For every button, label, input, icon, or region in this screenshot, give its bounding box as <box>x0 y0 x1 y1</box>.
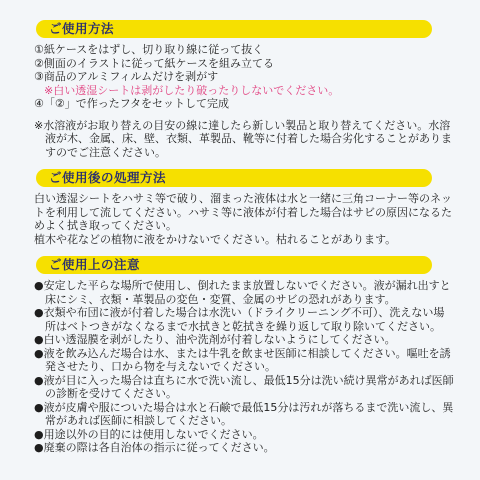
caution-item-1: ●安定した平らな場所で使用し、倒れたまま放置しないでください。液が漏れ出すと床に… <box>34 279 454 306</box>
section-cautions-header: ご使用上の注意 <box>36 256 432 274</box>
replace-note: ※水溶液がお取り替えの目安の線に達したら新しい製品と取り替えてください。水溶液が… <box>34 119 454 160</box>
section-usage-header: ご使用方法 <box>36 20 432 38</box>
usage-steps: ①紙ケースをはずし、切り取り線に従って抜く ②側面のイラストに従って紙ケースを組… <box>34 43 454 111</box>
caution-item-2: ●衣類や布団に液が付着した場合は水洗い（ドライクリーニング不可）、洗えない場所は… <box>34 306 454 333</box>
label-content: ご使用方法 ①紙ケースをはずし、切り取り線に従って抜く ②側面のイラストに従って… <box>0 0 480 455</box>
usage-step-2: ②側面のイラストに従って紙ケースを組み立てる <box>34 57 454 71</box>
usage-step-1: ①紙ケースをはずし、切り取り線に従って抜く <box>34 43 454 57</box>
section-disposal-header: ご使用後の処理方法 <box>36 169 432 187</box>
usage-step-4: ④「②」で作ったフタをセットして完成 <box>34 97 454 111</box>
section-usage: ご使用方法 ①紙ケースをはずし、切り取り線に従って抜く ②側面のイラストに従って… <box>34 20 454 159</box>
disposal-paragraph-2: 植木や花などの植物に液をかけないでください。枯れることがあります。 <box>34 233 454 247</box>
caution-item-6: ●液が皮膚や服についた場合は水と石鹸で最低15分は汚れが落ちるまで洗い流し、異常… <box>34 401 454 428</box>
usage-step-3: ③商品のアルミフィルムだけを剥がす <box>34 70 454 84</box>
caution-item-3: ●白い透湿膜を剥がしたり、油や洗剤が付着しないようにしてください。 <box>34 333 454 347</box>
instruction-label: ご使用方法 ①紙ケースをはずし、切り取り線に従って抜く ②側面のイラストに従って… <box>0 0 480 480</box>
disposal-paragraph-1: 白い透湿シートをハサミ等で破り、溜まった液体は水と一緒に三角コーナー等のネットを… <box>34 192 454 233</box>
section-disposal: ご使用後の処理方法 白い透湿シートをハサミ等で破り、溜まった液体は水と一緒に三角… <box>34 169 454 246</box>
caution-item-8: ●廃棄の際は各自治体の指示に従ってください。 <box>34 441 454 455</box>
caution-item-7: ●用途以外の目的には使用しないでください。 <box>34 428 454 442</box>
sheet-warning-text: ※白い透湿シートは剥がしたり破ったりしないでください。 <box>44 84 454 98</box>
caution-item-5: ●液が目に入った場合は直ちに水で洗い流し、最低15分は洗い続け異常があれば医師の… <box>34 374 454 401</box>
section-cautions: ご使用上の注意 ●安定した平らな場所で使用し、倒れたまま放置しないでください。液… <box>34 256 454 455</box>
caution-item-4: ●液を飲み込んだ場合は水、または牛乳を飲ませ医師に相談してください。嘔吐を誘発さ… <box>34 347 454 374</box>
caution-list: ●安定した平らな場所で使用し、倒れたまま放置しないでください。液が漏れ出すと床に… <box>34 279 454 455</box>
